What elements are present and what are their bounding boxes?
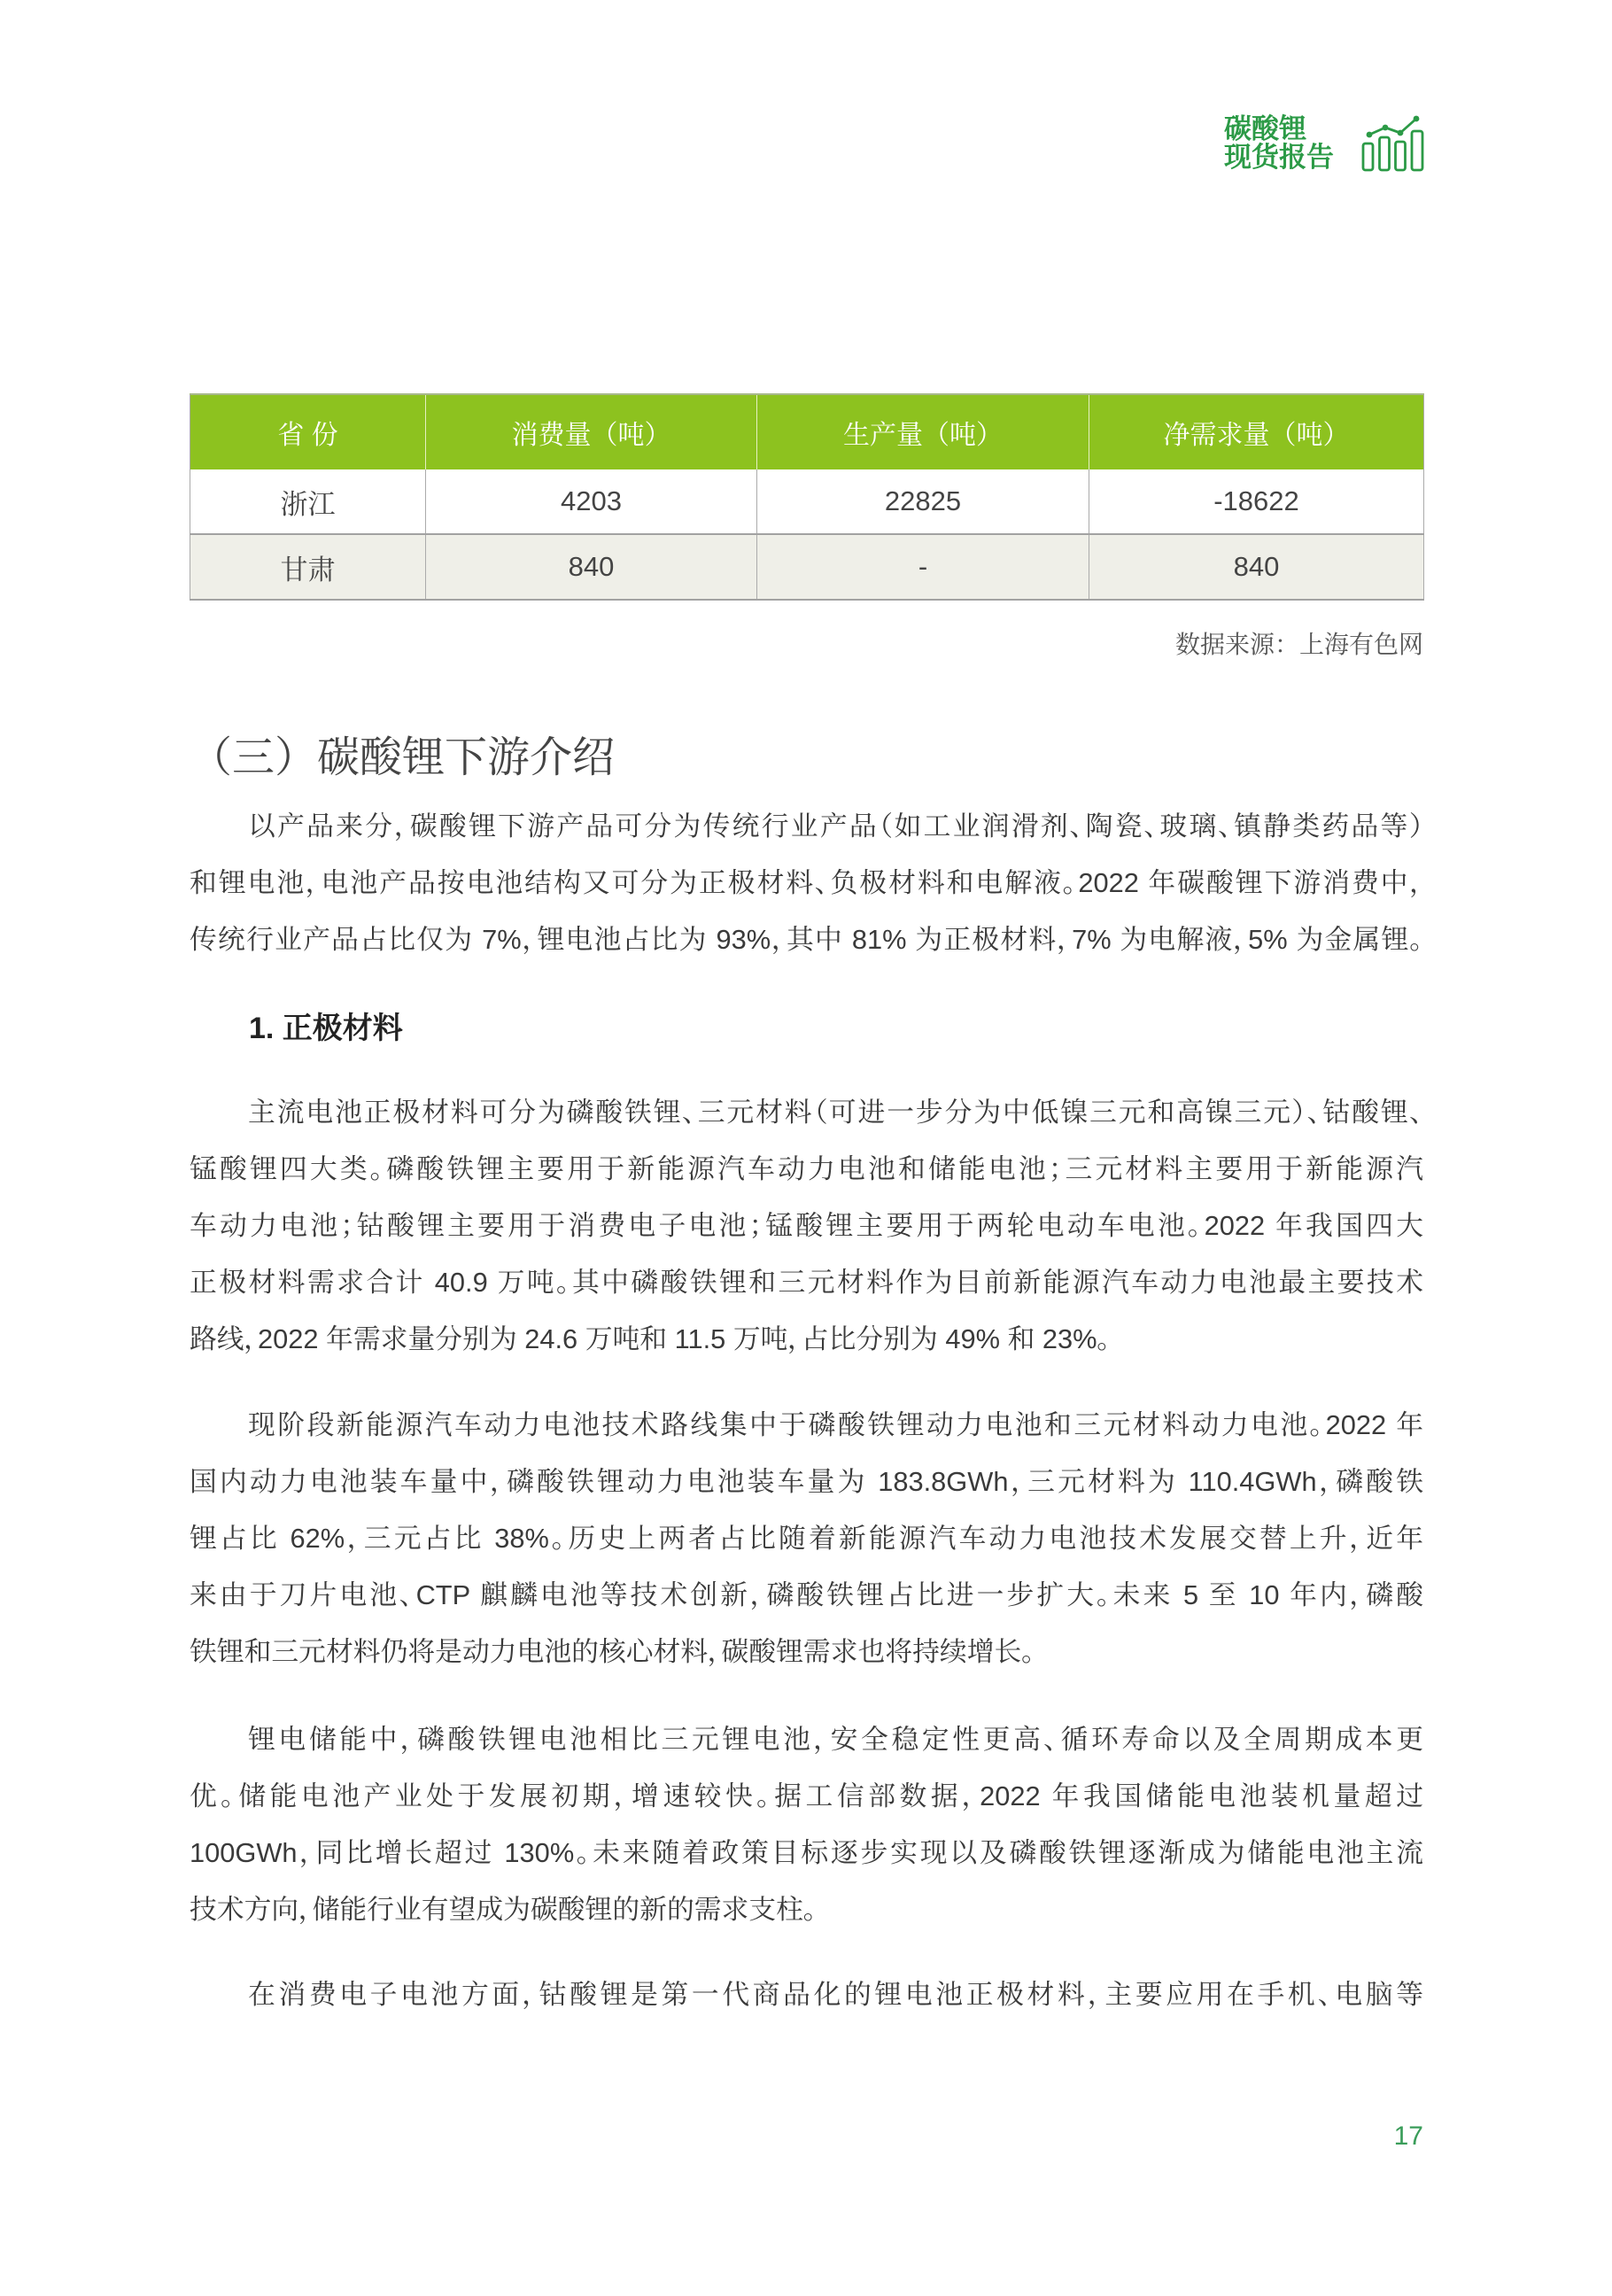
paragraph-line: 锂占比 62%，三元占比 38%。历史上两者占比随着新能源汽车动力电池技术发展交… <box>190 1510 1423 1567</box>
paragraph-line: 主流电池正极材料可分为磷酸铁锂、三元材料（可进一步分为中低镍三元和高镍三元）、钴… <box>190 1084 1423 1141</box>
subsection-heading: 1. 正极材料 <box>249 1009 403 1048</box>
column-header-consumption: 消费量（吨） <box>426 394 757 469</box>
paragraph-line: 正极材料需求合计 40.9 万吨。其中磷酸铁锂和三元材料作为目前新能源汽车动力电… <box>190 1254 1423 1311</box>
paragraph-line: 在消费电子电池方面，钴酸锂是第一代商品化的锂电池正极材料，主要应用在手机、电脑等 <box>190 1966 1423 2023</box>
cell-net-demand: -18622 <box>1089 469 1424 534</box>
column-header-net-demand: 净需求量（吨） <box>1089 394 1424 469</box>
paragraph-line: 车动力电池；钴酸锂主要用于消费电子电池；锰酸锂主要用于两轮电动车电池。2022 … <box>190 1198 1423 1254</box>
cell-province: 甘肃 <box>190 534 426 600</box>
column-header-province: 省 份 <box>190 394 426 469</box>
table-row: 浙江 4203 22825 -18622 <box>190 469 1424 534</box>
paragraph-power-battery: 现阶段新能源汽车动力电池技术路线集中于磷酸铁锂动力电池和三元材料动力电池。202… <box>190 1397 1423 1680</box>
paragraph-line: 以产品来分，碳酸锂下游产品可分为传统行业产品（如工业润滑剂、陶瓷、玻璃、镇静类药… <box>190 798 1423 855</box>
logo-title-line1: 碳酸锂 <box>1224 115 1334 143</box>
paragraph-line: 路线，2022 年需求量分别为 24.6 万吨和 11.5 万吨，占比分别为 4… <box>190 1311 1423 1368</box>
paragraph-line: 技术方向，储能行业有望成为碳酸锂的新的需求支柱。 <box>190 1881 1423 1938</box>
logo-title-line2: 现货报告 <box>1224 143 1334 172</box>
paragraph-intro: 以产品来分，碳酸锂下游产品可分为传统行业产品（如工业润滑剂、陶瓷、玻璃、镇静类药… <box>190 798 1423 968</box>
paragraph-cathode-types: 主流电池正极材料可分为磷酸铁锂、三元材料（可进一步分为中低镍三元和高镍三元）、钴… <box>190 1084 1423 1368</box>
cell-province: 浙江 <box>190 469 426 534</box>
column-header-production: 生产量（吨） <box>757 394 1089 469</box>
section-heading: （三）碳酸锂下游介绍 <box>190 732 615 785</box>
cell-production: 22825 <box>757 469 1089 534</box>
paragraph-line: 优。储能电池产业处于发展初期，增速较快。据工信部数据，2022 年我国储能电池装… <box>190 1768 1423 1825</box>
paragraph-line: 来由于刀片电池、CTP 麒麟电池等技术创新，磷酸铁锂占比进一步扩大。未来 5 至… <box>190 1567 1423 1624</box>
data-source-note: 数据来源：上海有色网 <box>1175 629 1423 661</box>
table-header-row: 省 份 消费量（吨） 生产量（吨） 净需求量（吨） <box>190 394 1424 469</box>
paragraph-line: 锰酸锂四大类。磷酸铁锂主要用于新能源汽车动力电池和储能电池；三元材料主要用于新能… <box>190 1141 1423 1198</box>
paragraph-line: 100GWh，同比增长超过 130%。未来随着政策目标逐步实现以及磷酸铁锂逐渐成… <box>190 1825 1423 1881</box>
paragraph-line: 现阶段新能源汽车动力电池技术路线集中于磷酸铁锂动力电池和三元材料动力电池。202… <box>190 1397 1423 1454</box>
paragraph-line: 国内动力电池装车量中，磷酸铁锂动力电池装车量为 183.8GWh，三元材料为 1… <box>190 1454 1423 1510</box>
paragraph-line: 传统行业产品占比仅为 7%，锂电池占比为 93%，其中 81% 为正极材料，7%… <box>190 911 1423 968</box>
bar-chart-trend-icon <box>1355 106 1435 186</box>
paragraph-consumer-electronics: 在消费电子电池方面，钴酸锂是第一代商品化的锂电池正极材料，主要应用在手机、电脑等 <box>190 1966 1423 2023</box>
table-row: 甘肃 840 - 840 <box>190 534 1424 600</box>
cell-production: - <box>757 534 1089 600</box>
page-number: 17 <box>1394 2121 1423 2152</box>
paragraph-energy-storage: 锂电储能中，磷酸铁锂电池相比三元锂电池，安全稳定性更高、循环寿命以及全周期成本更… <box>190 1711 1423 1938</box>
paragraph-line: 锂电储能中，磷酸铁锂电池相比三元锂电池，安全稳定性更高、循环寿命以及全周期成本更 <box>190 1711 1423 1768</box>
cell-consumption: 4203 <box>426 469 757 534</box>
cell-consumption: 840 <box>426 534 757 600</box>
paragraph-line: 和锂电池，电池产品按电池结构又可分为正极材料、负极材料和电解液。2022 年碳酸… <box>190 855 1423 911</box>
paragraph-line: 铁锂和三元材料仍将是动力电池的核心材料，碳酸锂需求也将持续增长。 <box>190 1624 1423 1680</box>
province-consumption-table: 省 份 消费量（吨） 生产量（吨） 净需求量（吨） 浙江 4203 22825 … <box>190 393 1424 601</box>
cell-net-demand: 840 <box>1089 534 1424 600</box>
report-logo-text: 碳酸锂 现货报告 <box>1224 115 1334 172</box>
